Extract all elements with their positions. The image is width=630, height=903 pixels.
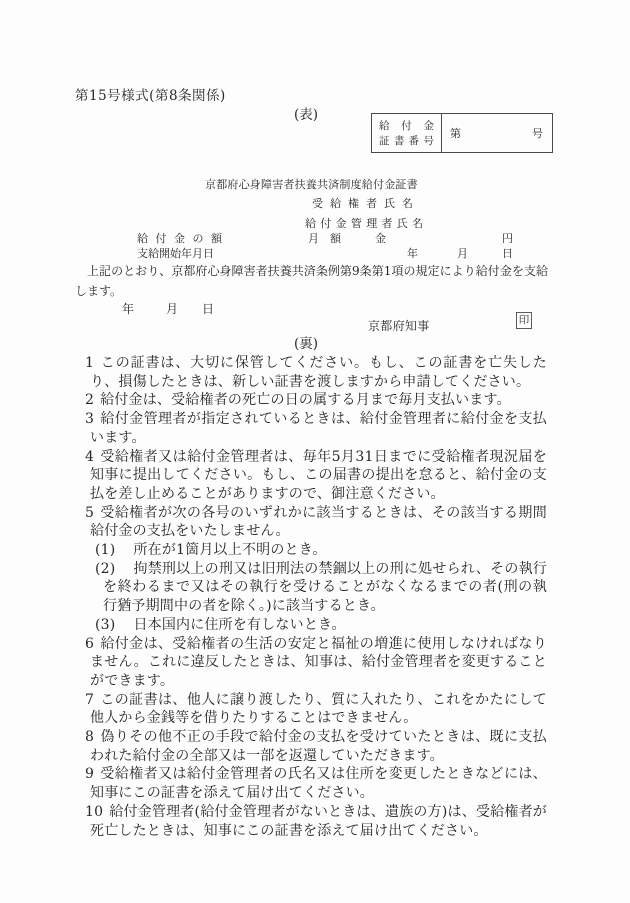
subitem-text: 日本国内に住所を有しないとき。: [133, 617, 345, 633]
item-number: 7: [85, 692, 100, 708]
certificate-number-prefix: 第: [450, 125, 461, 141]
item-number: 3: [85, 411, 100, 427]
item-number: 2: [85, 392, 100, 408]
list-subitem: (3)日本国内に住所を有しないとき。: [84, 616, 547, 635]
start-date-year-label: 年: [407, 245, 418, 261]
list-item: 2給付金は、受給権者の死亡の日の属する月まで毎月支払います。: [84, 391, 547, 410]
list-item: 5受給権者が次の各号のいずれかに該当するときは、その該当する期間給付金の支払をい…: [84, 504, 547, 541]
benefit-amount-field-label: 給付金の額: [137, 230, 230, 246]
item-text: この証書は、他人に譲り渡したり、質に入れたり、これをかたにして他人から金銭等を借…: [90, 692, 547, 727]
item-text: 受給権者が次の各号のいずれかに該当するときは、その該当する期間給付金の支払をいた…: [90, 505, 547, 540]
certificate-number-box: 給付金 証書番号 第 号: [371, 113, 553, 153]
form-number: 第15号様式(第8条関係): [75, 84, 226, 104]
subitem-number: (1): [95, 542, 133, 558]
front-side-label: (表): [294, 103, 318, 123]
payment-start-date-field-label: 支給開始年月日: [137, 245, 214, 261]
benefit-manager-name-field-label: 給付金管理者氏名: [305, 215, 427, 231]
official-seal-mark: 印: [516, 312, 532, 329]
start-date-month-label: 月: [457, 245, 468, 261]
item-text: 給付金は、受給権者の生活の安定と福祉の増進に使用しなければなりません。これに違反…: [90, 636, 547, 689]
item-text: 給付金は、受給権者の死亡の日の属する月まで毎月支払います。: [100, 392, 511, 408]
certificate-number-label-line2: 証書番号: [379, 134, 434, 149]
list-subitem: (1)所在が1箇月以上不明のとき。: [84, 541, 547, 560]
amount-prefix-kin: 金: [375, 230, 386, 246]
list-item: 7この証書は、他人に譲り渡したり、質に入れたり、これをかたにして他人から金銭等を…: [84, 691, 547, 728]
start-date-day-label: 日: [502, 245, 513, 261]
item-text: 給付金管理者が指定されているときは、給付金管理者に給付金を支払います。: [90, 411, 547, 446]
document-title: 京都府心身障害者扶養共済制度給付金証書: [205, 176, 418, 192]
subitem-number: (2): [95, 561, 133, 577]
list-item: 6給付金は、受給権者の生活の安定と福祉の増進に使用しなければなりません。これに違…: [84, 635, 547, 691]
subitem-text: 所在が1箇月以上不明のとき。: [133, 542, 326, 558]
back-notes-list: 1この証書は、大切に保管してください。もし、この証書を亡失したり、損傷したときは…: [84, 354, 547, 840]
list-item: 3給付金管理者が指定されているときは、給付金管理者に給付金を支払います。: [84, 410, 547, 447]
subitem-text: 拘禁刑以上の刑又は旧刑法の禁錮以上の刑に処せられ、その執行を終わるまで又はその執…: [103, 561, 547, 614]
list-subitem: (2)拘禁刑以上の刑又は旧刑法の禁錮以上の刑に処せられ、その執行を終わるまで又は…: [84, 560, 547, 616]
issuance-statement: 上記のとおり、京都府心身障害者扶養共済条例第9条第1項の規定により給付金を支給し…: [75, 261, 548, 301]
item-text: 受給権者又は給付金管理者は、毎年5月31日までに受給権者現況届を知事に提出してく…: [90, 449, 547, 502]
item-text: 給付金管理者(給付金管理者がないときは、遺族の方)は、受給権者が死亡したときは、…: [90, 804, 547, 839]
item-number: 1: [85, 355, 100, 371]
amount-unit-yen: 円: [502, 230, 513, 246]
subitem-number: (3): [95, 617, 133, 633]
list-item: 9受給権者又は給付金管理者の氏名又は住所を変更したときなどには、知事にこの証書を…: [84, 765, 547, 802]
recipient-name-field-label: 受給権者氏名: [312, 195, 420, 211]
certificate-number-value: 第 号: [442, 114, 552, 152]
item-text: 受給権者又は給付金管理者の氏名又は住所を変更したときなどには、知事にこの証書を添…: [90, 766, 547, 801]
certificate-number-label-line1: 給付金: [379, 119, 434, 134]
item-number: 9: [85, 766, 100, 782]
back-side-label: (裏): [294, 332, 318, 352]
list-item: 10給付金管理者(給付金管理者がないときは、遺族の方)は、受給権者が死亡したとき…: [84, 803, 547, 840]
item-number: 8: [85, 729, 100, 745]
issue-date-year-label: 年: [122, 300, 134, 317]
issue-date-month-label: 月: [166, 300, 178, 317]
item-text: 偽りその他不正の手段で給付金の支払を受けていたときは、既に支払われた給付金の全部…: [90, 729, 547, 764]
list-item: 4受給権者又は給付金管理者は、毎年5月31日までに受給権者現況届を知事に提出して…: [84, 448, 547, 504]
item-number: 6: [85, 636, 100, 652]
item-text: この証書は、大切に保管してください。もし、この証書を亡失したり、損傷したときは、…: [90, 355, 547, 390]
list-item: 1この証書は、大切に保管してください。もし、この証書を亡失したり、損傷したときは…: [84, 354, 547, 391]
certificate-number-label: 給付金 証書番号: [372, 114, 442, 152]
item-number: 5: [85, 505, 100, 521]
monthly-amount-label: 月額: [308, 230, 352, 246]
item-number: 4: [85, 449, 100, 465]
list-item: 8偽りその他不正の手段で給付金の支払を受けていたときは、既に支払われた給付金の全…: [84, 728, 547, 765]
item-number: 10: [85, 804, 109, 820]
governor-signature-label: 京都府知事: [368, 317, 430, 334]
issue-date-day-label: 日: [202, 300, 214, 317]
certificate-number-suffix: 号: [532, 125, 543, 141]
certificate-document-page: 第15号様式(第8条関係) (表) 給付金 証書番号 第 号 京都府心身障害者扶…: [0, 0, 630, 903]
